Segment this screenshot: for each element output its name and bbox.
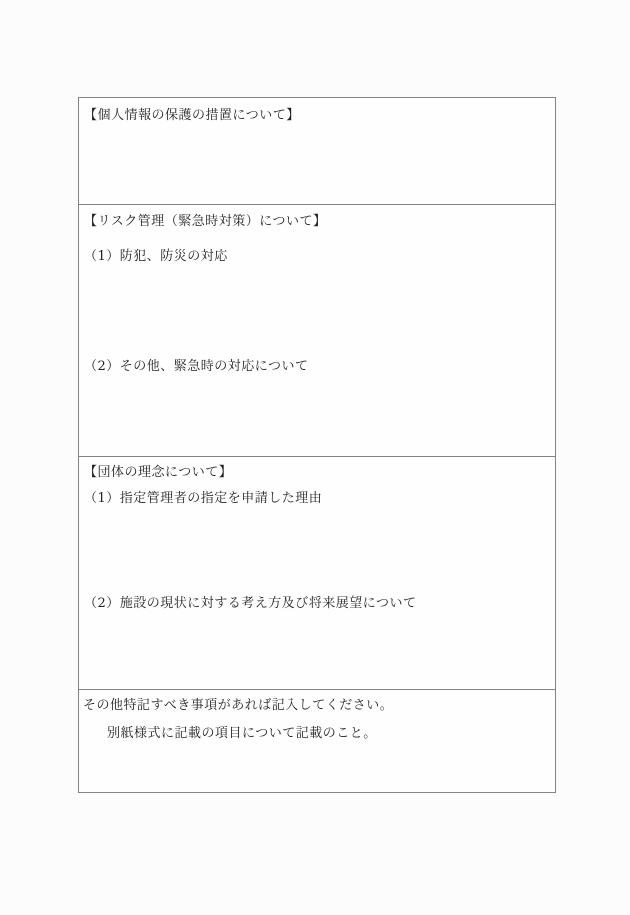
section-personal-info-protection: 【個人情報の保護の措置について】: [79, 98, 555, 204]
application-form-table: 【個人情報の保護の措置について】 【リスク管理（緊急時対策）について】 （1）防…: [78, 97, 556, 793]
section-title-organization-philosophy: 【団体の理念について】: [84, 461, 232, 480]
item-other-emergency-response: （2）その他、緊急時の対応について: [84, 355, 309, 374]
note-instruction-line: その他特記すべき事項があれば記入してください。: [83, 694, 393, 713]
section-organization-philosophy: 【団体の理念について】 （1）指定管理者の指定を申請した理由 （2）施設の現状に…: [79, 456, 555, 689]
section-other-notes: その他特記すべき事項があれば記入してください。 別紙様式に記載の項目について記載…: [79, 689, 555, 792]
document-page: 【個人情報の保護の措置について】 【リスク管理（緊急時対策）について】 （1）防…: [0, 0, 630, 915]
section-title-risk-management: 【リスク管理（緊急時対策）について】: [84, 210, 326, 229]
answer-area-other-emergency-response[interactable]: [81, 377, 553, 454]
item-facility-outlook: （2）施設の現状に対する考え方及び将来展望について: [84, 592, 417, 611]
section-risk-management: 【リスク管理（緊急時対策）について】 （1）防犯、防災の対応 （2）その他、緊急…: [79, 204, 555, 456]
item-crime-disaster-prevention: （1）防犯、防災の対応: [84, 245, 228, 264]
answer-area-reason-for-application[interactable]: [81, 509, 553, 589]
answer-area-facility-outlook[interactable]: [81, 614, 553, 687]
section-title-personal-info-protection: 【個人情報の保護の措置について】: [84, 104, 300, 123]
answer-area-crime-disaster-prevention[interactable]: [81, 267, 553, 353]
answer-area-other-notes[interactable]: [81, 744, 553, 790]
note-attachment-line: 別紙様式に記載の項目について記載のこと。: [107, 722, 377, 741]
answer-area-personal-info-protection[interactable]: [81, 126, 553, 202]
item-reason-for-application: （1）指定管理者の指定を申請した理由: [84, 487, 322, 506]
